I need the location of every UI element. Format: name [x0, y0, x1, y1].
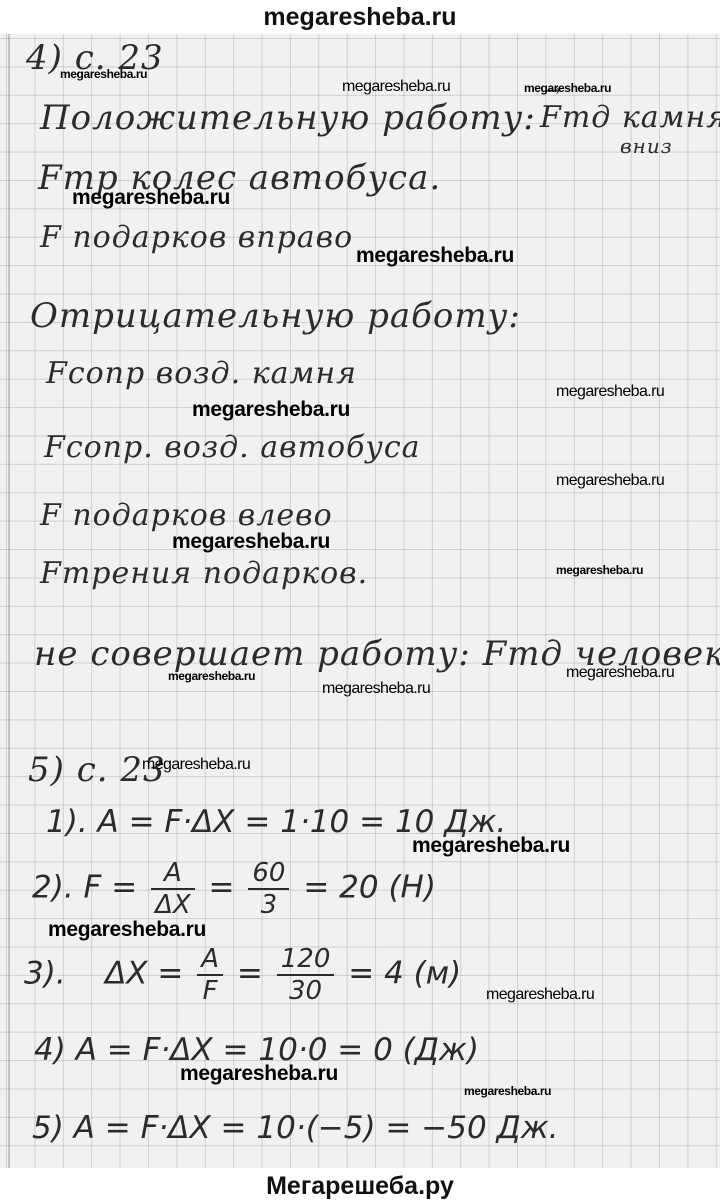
solution-3-fraction-1: AF: [197, 944, 223, 1006]
solution-2: 2). F = AΔX = 603 = 20 (Н): [32, 858, 436, 920]
watermark: megaresheba.ru: [180, 1062, 338, 1086]
positive-heading: Положительную работу:: [40, 98, 536, 138]
watermark: megaresheba.ru: [322, 680, 430, 698]
site-header: megaresheba.ru: [0, 0, 720, 34]
watermark: megaresheba.ru: [412, 834, 570, 858]
solution-2-lhs: F =: [84, 870, 138, 906]
solution-5: 5) A = F·ΔX = 10·(−5) = −50 Дж.: [32, 1110, 559, 1146]
solution-2-eq: =: [209, 870, 235, 906]
solution-2-rhs: = 20 (Н): [303, 870, 436, 906]
solution-3-lhs: ΔX =: [105, 956, 183, 992]
solution-4-label: 4): [34, 1032, 66, 1068]
site-footer: Мегарешеба.ру: [0, 1168, 720, 1204]
watermark: megaresheba.ru: [556, 472, 664, 490]
watermark: megaresheba.ru: [60, 67, 147, 81]
solution-2-fraction-1: AΔX: [151, 858, 195, 920]
watermark: megaresheba.ru: [342, 78, 450, 96]
watermark: megaresheba.ru: [356, 244, 514, 268]
watermark: megaresheba.ru: [168, 669, 255, 683]
watermark: megaresheba.ru: [556, 383, 664, 401]
solution-3-rhs: = 4 (м): [348, 956, 461, 992]
negative-heading: Отрицательную работу:: [30, 296, 521, 336]
watermark: megaresheba.ru: [556, 563, 643, 577]
margin-line: [8, 34, 10, 1168]
watermark: megaresheba.ru: [142, 756, 250, 774]
solution-1-label: 1).: [46, 804, 88, 840]
solution-5-expr: A = F·ΔX = 10·(−5) = −50 Дж.: [74, 1110, 559, 1146]
negative-item-3: F подарков влево: [40, 498, 333, 533]
watermark: megaresheba.ru: [48, 918, 206, 942]
watermark: megaresheba.ru: [192, 398, 350, 422]
solution-2-label: 2).: [32, 870, 74, 906]
watermark: megaresheba.ru: [486, 986, 594, 1004]
notebook-page: 4) с. 23 Положительную работу: Fтд камня…: [0, 34, 720, 1168]
positive-side-b: вниз: [620, 134, 673, 158]
solution-2-fraction-2: 603: [248, 858, 289, 920]
solution-3: 3). ΔX = AF = 12030 = 4 (м): [24, 944, 461, 1006]
negative-item-1: Fсопр возд. камня: [46, 356, 357, 391]
positive-item-2: F подарков вправо: [40, 220, 353, 255]
watermark: megaresheba.ru: [72, 186, 230, 210]
solution-3-eq: =: [237, 956, 263, 992]
negative-item-2: Fсопр. возд. автобуса: [44, 430, 421, 465]
watermark: megaresheba.ru: [172, 530, 330, 554]
watermark: megaresheba.ru: [566, 664, 674, 682]
solution-3-fraction-2: 12030: [277, 944, 335, 1006]
solution-3-label: 3).: [24, 956, 66, 992]
solution-5-label: 5): [32, 1110, 64, 1146]
positive-side-a: Fтд камня: [540, 100, 720, 135]
watermark: megaresheba.ru: [524, 81, 611, 95]
watermark: megaresheba.ru: [464, 1084, 551, 1098]
negative-item-4: Fтрения подарков.: [40, 556, 368, 591]
